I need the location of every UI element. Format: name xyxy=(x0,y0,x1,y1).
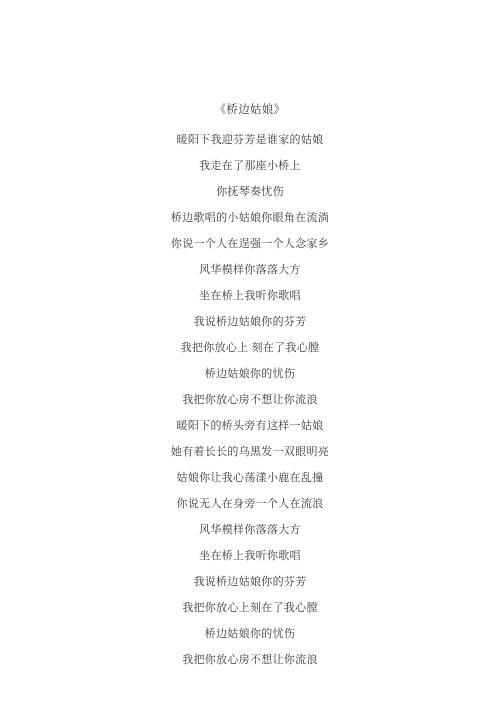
song-title: 《桥边姑娘》 xyxy=(0,97,500,123)
lyric-line: 你说无人在身旁一个人在流浪 xyxy=(0,491,500,517)
lyric-line: 我把你放心房不想让你流浪 xyxy=(0,387,500,413)
lyric-line: 风华模样你落落大方 xyxy=(0,257,500,283)
lyric-line: 暖阳下的桥头旁有这样一姑娘 xyxy=(0,413,500,439)
lyric-line: 我走在了那座小桥上 xyxy=(0,153,500,179)
lyric-line: 她有着长长的乌黑发一双眼明亮 xyxy=(0,439,500,465)
lyric-line: 桥边歌唱的小姑娘你眼角在流淌 xyxy=(0,205,500,231)
lyric-line: 风华模样你落落大方 xyxy=(0,517,500,543)
lyric-line: 我把你放心房不想让你流浪 xyxy=(0,647,500,673)
lyric-line: 桥边姑娘你的忧伤 xyxy=(0,361,500,387)
lyric-line: 你抚琴奏忧伤 xyxy=(0,179,500,205)
lyric-line: 我说桥边姑娘你的芬芳 xyxy=(0,309,500,335)
lyric-line: 桥边姑娘你的忧伤 xyxy=(0,621,500,647)
lyric-line: 我说桥边姑娘你的芬芳 xyxy=(0,569,500,595)
lyric-line: 我把你放心上刻在了我心膛 xyxy=(0,595,500,621)
lyrics-page: 《桥边姑娘》 暖阳下我迎芬芳是谁家的姑娘我走在了那座小桥上你抚琴奏忧伤桥边歌唱的… xyxy=(0,0,500,707)
lyric-line: 你说一个人在逞强一个人念家乡 xyxy=(0,231,500,257)
lyric-line: 坐在桥上我听你歌唱 xyxy=(0,283,500,309)
lyric-line: 我把你放心上 刻在了我心膛 xyxy=(0,335,500,361)
lyrics-body: 暖阳下我迎芬芳是谁家的姑娘我走在了那座小桥上你抚琴奏忧伤桥边歌唱的小姑娘你眼角在… xyxy=(0,127,500,673)
lyric-line: 坐在桥上我听你歌唱 xyxy=(0,543,500,569)
lyric-line: 暖阳下我迎芬芳是谁家的姑娘 xyxy=(0,127,500,153)
lyric-line: 姑娘你让我心荡漾小鹿在乱撞 xyxy=(0,465,500,491)
